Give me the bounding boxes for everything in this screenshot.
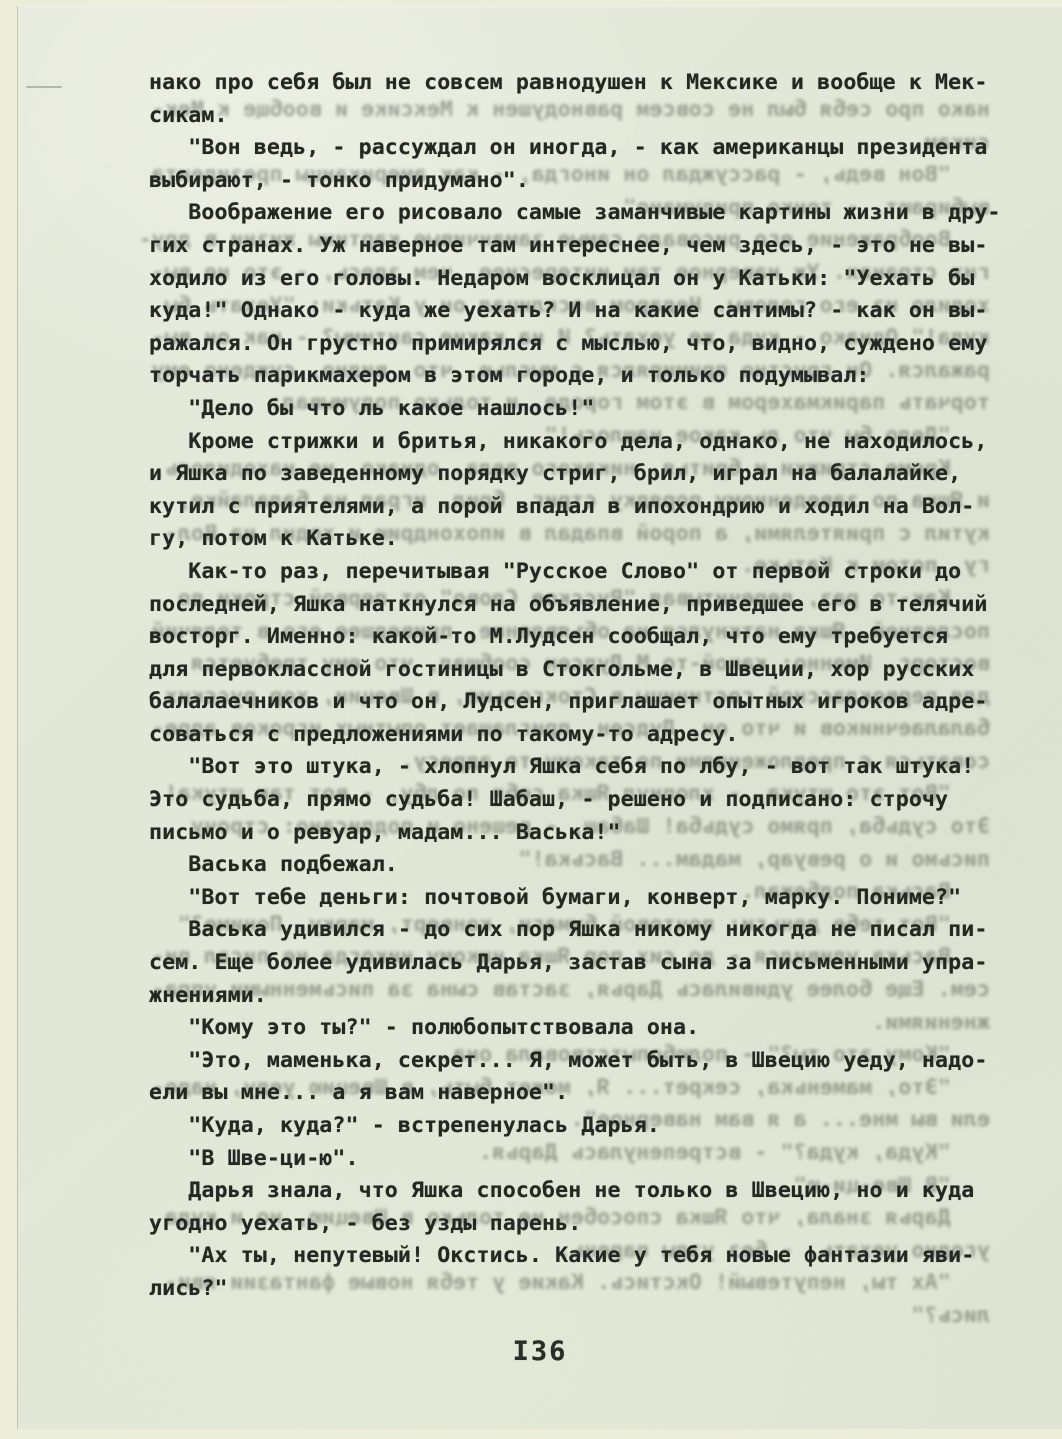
- text-line: балалаечников и что он, Лудсен, приглаша…: [149, 686, 1029, 719]
- text-line: нако про себя был не совсем равнодушен к…: [149, 67, 1029, 100]
- text-line: "Кому это ты?" - полюбопытствовала она.: [149, 1012, 1029, 1045]
- text-line: "Вон ведь, - рассуждал он иногда, - как …: [149, 132, 1029, 165]
- text-line: "Куда, куда?" - встрепенулась Дарья.: [149, 1110, 1029, 1143]
- text-line: жнениями.: [149, 980, 1029, 1013]
- text-line: сем. Еще более удивилась Дарья, застав с…: [149, 947, 1029, 980]
- page-number: I36: [18, 1336, 1062, 1367]
- text-line: восторг. Именно: какой-то М.Лудсен сообщ…: [149, 621, 1029, 654]
- text-line: "Дело бы что ль какое нашлось!": [149, 393, 1029, 426]
- text-line: гу, потом к Катьке.: [149, 523, 1029, 556]
- text-line: угодно уехать, - без узды парень.: [149, 1208, 1029, 1241]
- text-line: торчать парикмахером в этом городе, и то…: [149, 360, 1029, 393]
- text-line: лись?": [149, 1273, 1029, 1306]
- text-line: соваться с предложениями по такому-то ад…: [149, 719, 1029, 752]
- text-line: Васька подбежал.: [149, 849, 1029, 882]
- text-line: Кроме стрижки и бритья, никакого дела, о…: [149, 426, 1029, 459]
- text-line: "Ах ты, непутевый! Окстись. Какие у тебя…: [149, 1240, 1029, 1273]
- page-text: нако про себя был не совсем равнодушен к…: [149, 67, 1029, 1306]
- text-line: письмо и о ревуар, мадам... Васька!": [149, 817, 1029, 850]
- text-line: "Вот тебе деньги: почтовой бумаги, конве…: [149, 882, 1029, 915]
- text-line: Воображение его рисовало самые заманчивы…: [149, 197, 1029, 230]
- text-line: Как-то раз, перечитывая "Русское Слово" …: [149, 556, 1029, 589]
- text-line: кутил с приятелями, а порой впадал в ипо…: [149, 491, 1029, 524]
- text-line: "В Шве-ци-ю".: [149, 1143, 1029, 1176]
- scan-background: нако про себя был не совсем равнодушен к…: [0, 0, 1062, 1439]
- text-line: гих странах. Уж наверное там интереснее,…: [149, 230, 1029, 263]
- text-line: ели вы мне... а я вам наверное".: [149, 1077, 1029, 1110]
- text-line: ходило из его головы. Недаром восклицал …: [149, 263, 1029, 296]
- text-line: Васька удивился - до сих пор Яшка никому…: [149, 914, 1029, 947]
- text-line: Дарья знала, что Яшка способен не только…: [149, 1175, 1029, 1208]
- text-line: "Вот это штука, - хлопнул Яшка себя по л…: [149, 751, 1029, 784]
- text-line: Это судьба, прямо судьба! Шабаш, - решен…: [149, 784, 1029, 817]
- text-line: и Яшка по заведенному порядку стриг, бри…: [149, 458, 1029, 491]
- text-line: последней, Яшка наткнулся на объявление,…: [149, 589, 1029, 622]
- scan-artifact-dash: [26, 86, 62, 88]
- text-line: сикам.: [149, 100, 1029, 133]
- text-line: куда!" Однако - куда же уехать? И на как…: [149, 295, 1029, 328]
- text-line: "Это, маменька, секрет... Я, может быть,…: [149, 1045, 1029, 1078]
- text-line: для первоклассной гостиницы в Стокгольме…: [149, 654, 1029, 687]
- text-line: выбирают, - тонко придумано".: [149, 165, 1029, 198]
- text-line: ражался. Он грустно примирялся с мыслью,…: [149, 328, 1029, 361]
- book-page: нако про себя был не совсем равнодушен к…: [17, 6, 1062, 1429]
- scan-bottom-margin: [0, 1429, 1062, 1439]
